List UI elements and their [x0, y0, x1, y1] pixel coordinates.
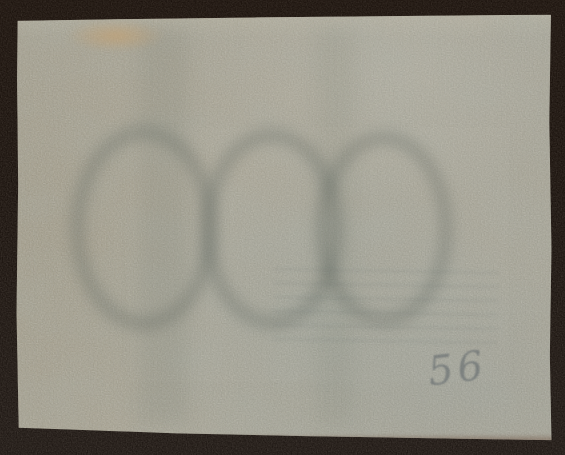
stamp: 56	[16, 14, 552, 441]
photo: 56	[0, 0, 565, 455]
pencil-inscription: 56	[425, 343, 489, 396]
stain-mark	[66, 20, 166, 52]
show-through-smudge-1	[139, 27, 187, 424]
show-through-smudge-2	[316, 27, 354, 424]
show-through-lines	[273, 268, 499, 353]
